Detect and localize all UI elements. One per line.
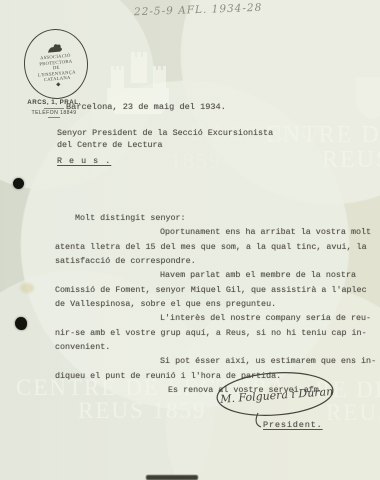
body-line: convenient. (55, 340, 370, 354)
watermark-bottom-left-line2: REUS 1859 (78, 398, 207, 424)
recipient-line1: Senyor President de la Secció Excursioni… (57, 128, 273, 138)
letterhead-divider (44, 108, 64, 109)
recipient-city: R e u s . (57, 156, 111, 166)
body-line: Comissió de Foment, senyor Miquel Gil, q… (55, 283, 370, 297)
signer-title: President. (263, 420, 323, 430)
bottom-edge-smudge (146, 475, 198, 480)
scanned-letter-page: E LECTURA 1859 ENTRE DE REUS CENTRE DE L… (0, 0, 380, 480)
body-line: nir-se amb el vostre grup aquí, a Reus, … (55, 326, 370, 340)
watermark-mid-line2: 1859 (170, 148, 222, 174)
body-line: atenta lletra del 15 del mes que som, a … (55, 240, 370, 254)
punch-hole (13, 178, 24, 189)
signature-name: M. Folguera i Duran (219, 385, 334, 406)
body-line: Havem parlat amb el membre de la nostra (160, 268, 370, 282)
recipient-line2: del Centre de Lectura (57, 140, 163, 150)
body-line: satisfacció de correspondre. (55, 254, 370, 268)
body-line: de Vallespinosa, sobre el que ens pregun… (55, 297, 370, 311)
body-line: Oportunament ens ha arribat la vostra mo… (160, 225, 370, 239)
paper-stain (20, 283, 34, 293)
dateline: Barcelona, 23 de maig del 1934. (66, 102, 226, 112)
archival-annotation: 22-5-9 AFL. 1934-28 (134, 2, 263, 18)
seal-bottom-ornament (56, 82, 60, 86)
watermark-top-right-line2: REUS (322, 147, 380, 174)
salutation: Molt distingit senyor: (75, 211, 370, 225)
signature: M. Folguera i Duran (200, 366, 350, 428)
body-line: L'interès del nostre company seria de re… (160, 311, 370, 325)
shield-crest-watermark (352, 75, 380, 120)
watermark-top-right-line1: ENTRE DE (266, 122, 380, 149)
association-seal: ASSOCIACIÓ PROTECTORA DE L'ENSENYANÇA CA… (21, 26, 91, 101)
punch-hole (15, 317, 27, 330)
letterhead-divider (48, 117, 60, 118)
